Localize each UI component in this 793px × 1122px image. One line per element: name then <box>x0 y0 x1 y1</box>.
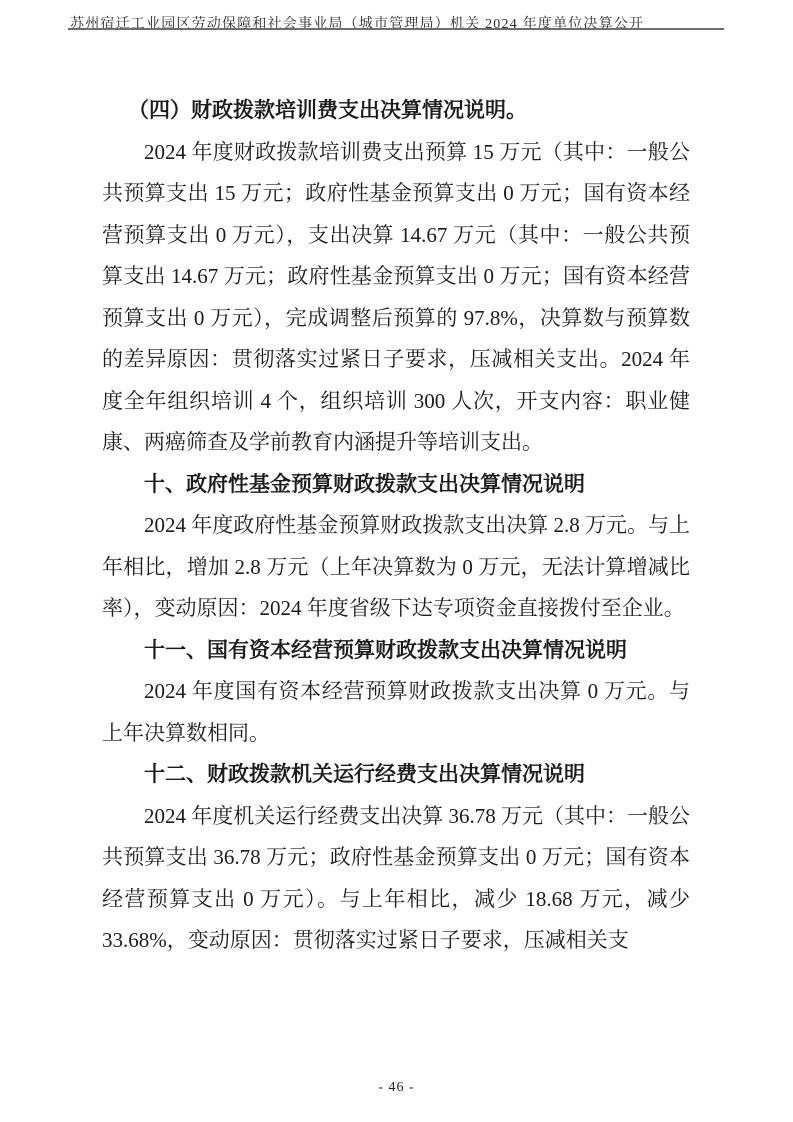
paragraph-agency-operation-expense: 2024 年度机关运行经费支出决算 36.78 万元（其中：一般公共预算支出 3… <box>102 796 690 962</box>
header-rule <box>68 28 724 30</box>
header-title: 苏州宿迁工业园区劳动保障和社会事业局（城市管理局）机关 2024 年度单位决算公… <box>70 13 730 33</box>
paragraph-training-expense: 2024 年度财政拨款培训费支出预算 15 万元（其中：一般公共预算支出 15 … <box>102 132 690 464</box>
section-heading-12-agency-operation-expense: 十二、财政拨款机关运行经费支出决算情况说明 <box>102 754 690 796</box>
page-number: - 46 - <box>378 1080 414 1095</box>
paragraph-gov-fund-budget: 2024 年度政府性基金预算财政拨款支出决算 2.8 万元。与上年相比，增加 2… <box>102 505 690 630</box>
section-heading-training-expense: （四）财政拨款培训费支出决算情况说明。 <box>102 90 690 132</box>
document-body: （四）财政拨款培训费支出决算情况说明。 2024 年度财政拨款培训费支出预算 1… <box>102 90 690 962</box>
page-footer: - 46 - <box>0 1080 793 1096</box>
section-heading-10-gov-fund-budget: 十、政府性基金预算财政拨款支出决算情况说明 <box>102 464 690 506</box>
paragraph-state-capital-budget: 2024 年度国有资本经营预算财政拨款支出决算 0 万元。与上年决算数相同。 <box>102 671 690 754</box>
section-heading-11-state-capital-budget: 十一、国有资本经营预算财政拨款支出决算情况说明 <box>102 630 690 672</box>
document-page: 苏州宿迁工业园区劳动保障和社会事业局（城市管理局）机关 2024 年度单位决算公… <box>0 0 793 1122</box>
